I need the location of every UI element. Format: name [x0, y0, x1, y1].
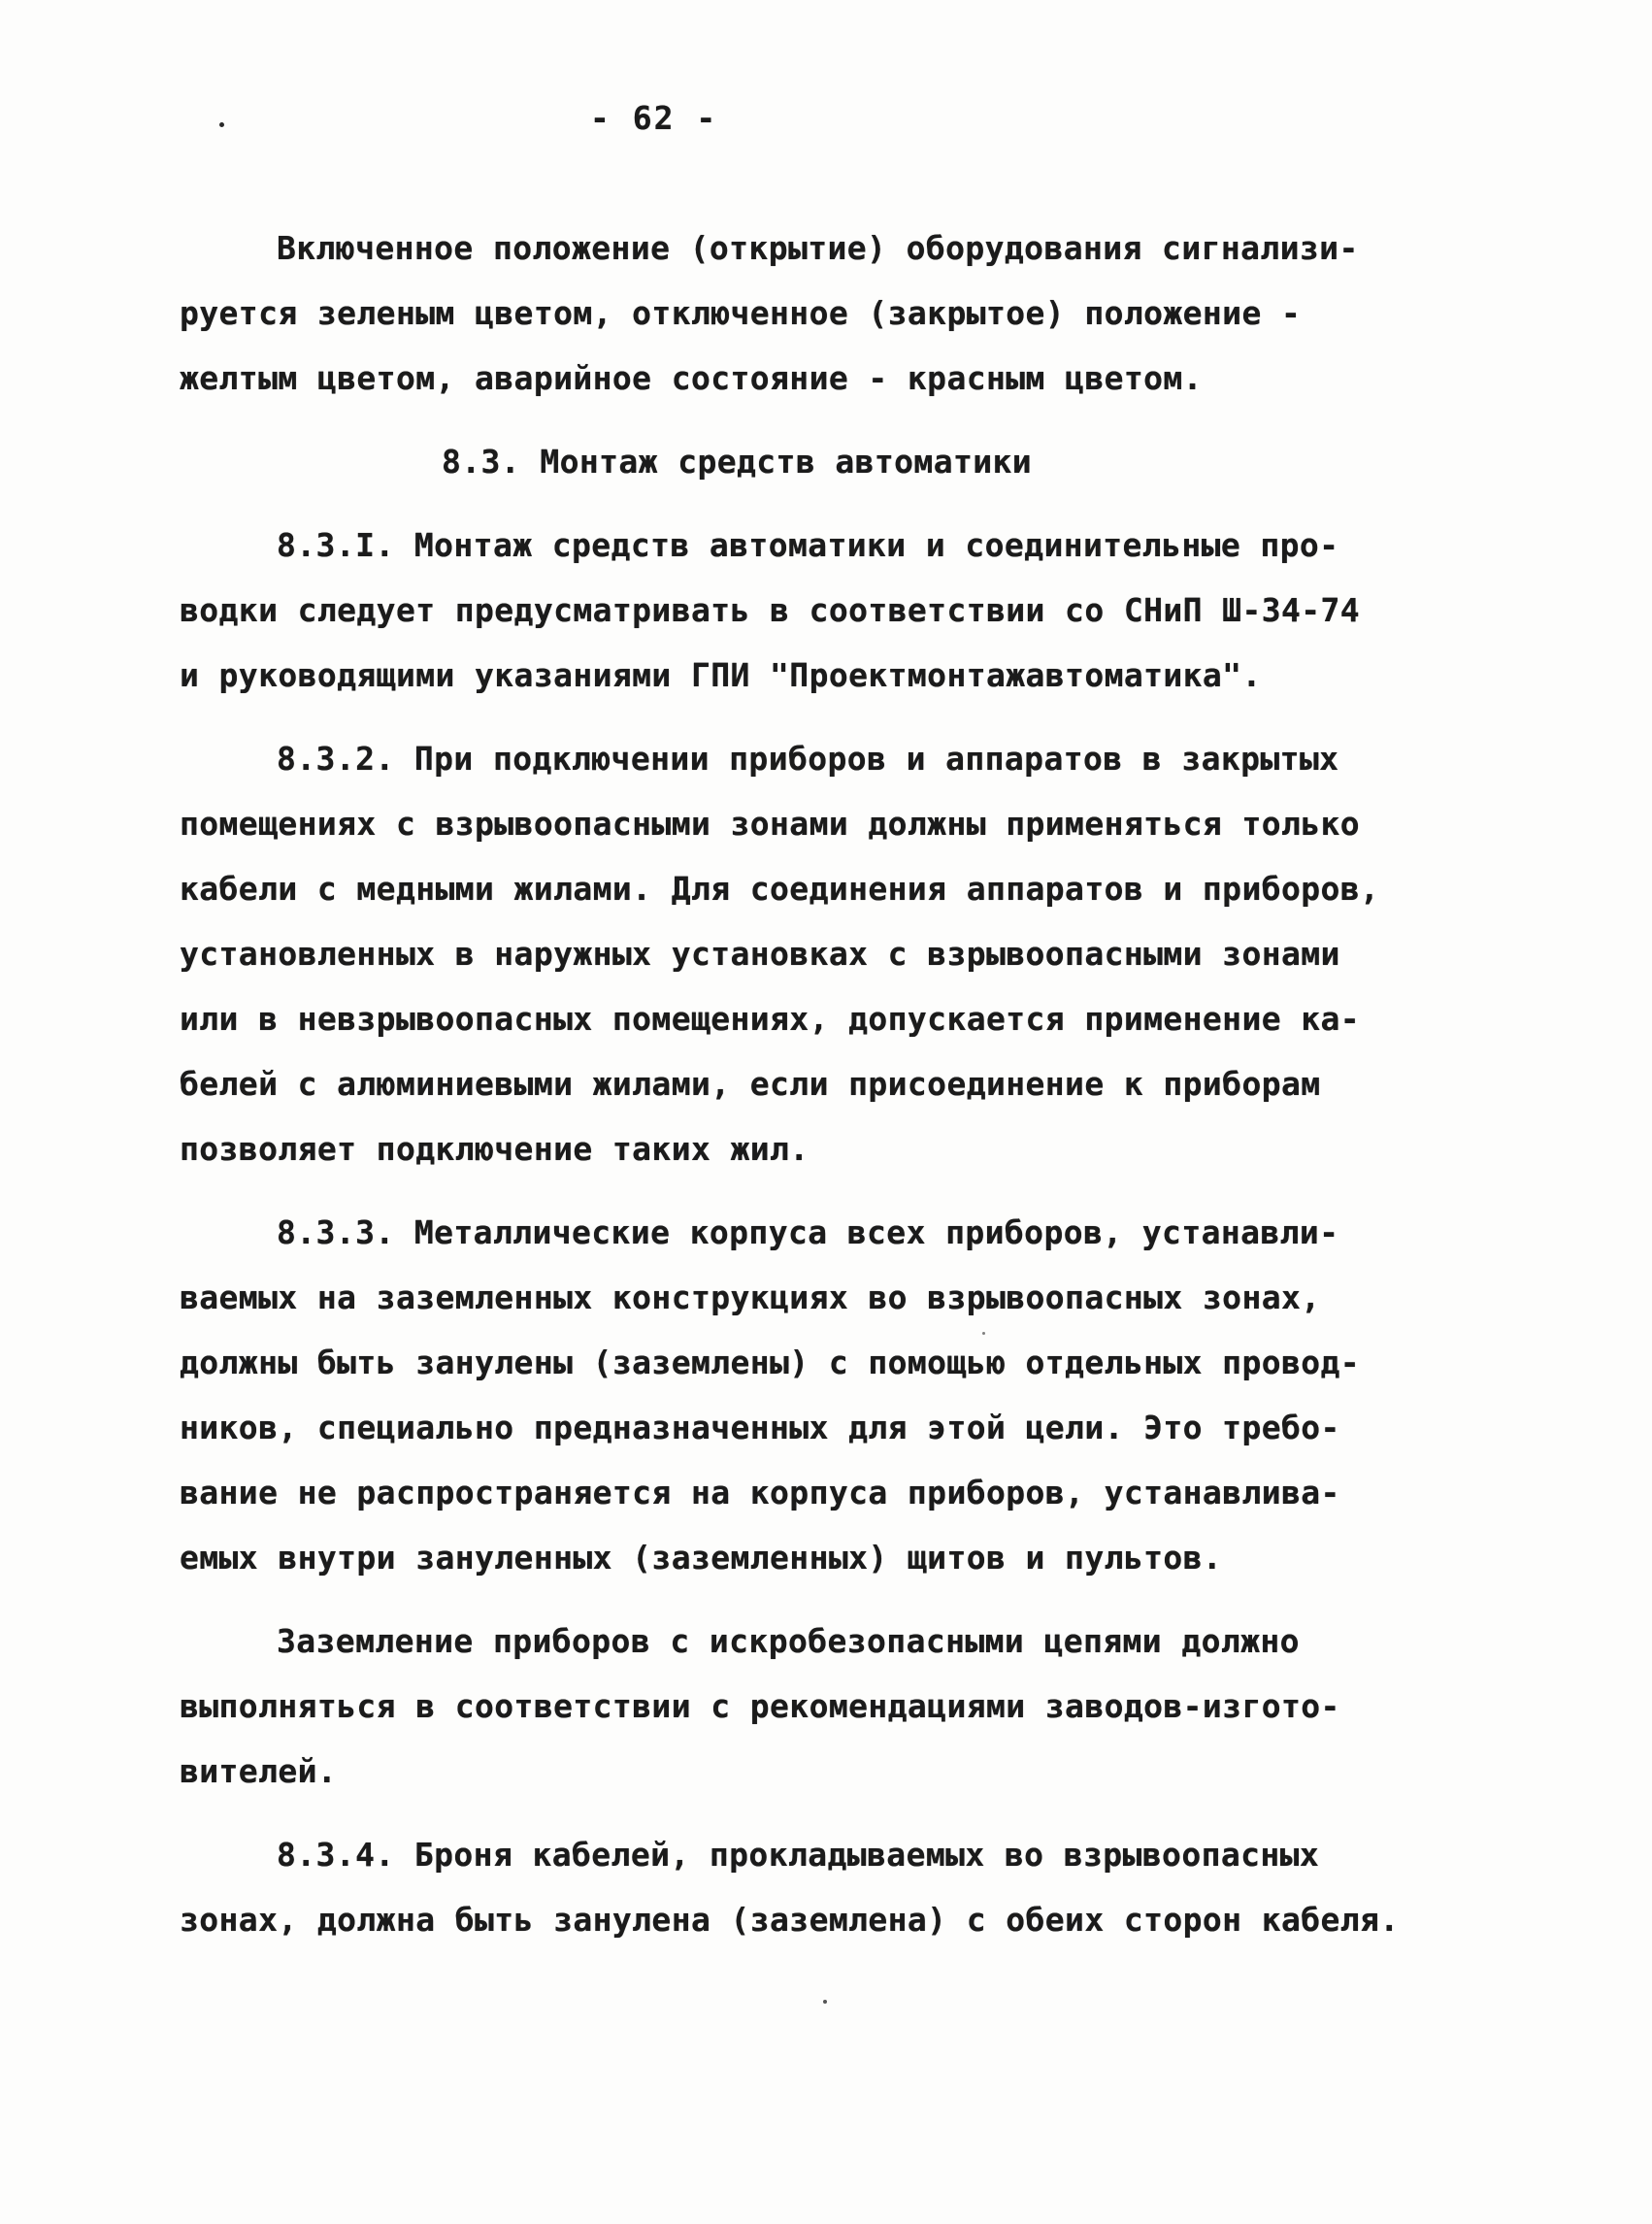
- text-line: Заземление приборов с искробезопасными ц…: [180, 1609, 1500, 1674]
- text-line: белей с алюминиевыми жилами, если присое…: [180, 1051, 1500, 1116]
- scanned-document-page: - 62 - Включенное положение (открытие) о…: [0, 0, 1652, 2224]
- text-line: 8.3.4. Броня кабелей, прокладываемых во …: [180, 1822, 1500, 1887]
- text-line: вание не распространяется на корпуса при…: [180, 1460, 1500, 1525]
- scan-speck: [982, 1332, 985, 1335]
- scan-speck: [823, 2000, 827, 2004]
- page-number: - 62 -: [590, 99, 717, 137]
- text-line: вителей.: [180, 1739, 1500, 1804]
- text-line: и руководящими указаниями ГПИ "Проектмон…: [180, 643, 1500, 708]
- text-line: должны быть занулены (заземлены) с помощ…: [180, 1330, 1500, 1395]
- text-line: помещениях с взрывоопасными зонами должн…: [180, 791, 1500, 856]
- paragraph-clause-8-3-2: 8.3.2. При подключении приборов и аппара…: [180, 726, 1500, 1181]
- text-line: водки следует предусматривать в соответс…: [180, 578, 1500, 643]
- paragraph-clause-8-3-4: 8.3.4. Броня кабелей, прокладываемых во …: [180, 1822, 1500, 1952]
- text-line: руется зеленым цветом, отключенное (закр…: [180, 281, 1500, 346]
- document-body: Включенное положение (открытие) оборудов…: [180, 216, 1500, 1971]
- text-line: 8.3.3. Металлические корпуса всех прибор…: [180, 1200, 1500, 1265]
- text-line: емых внутри зануленных (заземленных) щит…: [180, 1525, 1500, 1590]
- text-line: установленных в наружных установках с вз…: [180, 921, 1500, 986]
- text-line: выполняться в соответствии с рекомендаци…: [180, 1674, 1500, 1739]
- text-line: 8.3.I. Монтаж средств автоматики и соеди…: [180, 513, 1500, 578]
- scan-speck: [219, 122, 224, 127]
- paragraph-clause-8-3-3: 8.3.3. Металлические корпуса всех прибор…: [180, 1200, 1500, 1590]
- text-line: Включенное положение (открытие) оборудов…: [180, 216, 1500, 281]
- text-line: 8.3.2. При подключении приборов и аппара…: [180, 726, 1500, 791]
- text-line: кабели с медными жилами. Для соединения …: [180, 856, 1500, 921]
- section-heading: 8.3. Монтаж средств автоматики: [180, 429, 1500, 494]
- text-line: или в невзрывоопасных помещениях, допуск…: [180, 986, 1500, 1051]
- text-line: желтым цветом, аварийное состояние - кра…: [180, 346, 1500, 411]
- paragraph-grounding-note: Заземление приборов с искробезопасными ц…: [180, 1609, 1500, 1804]
- text-line: ваемых на заземленных конструкциях во вз…: [180, 1265, 1500, 1330]
- text-line: позволяет подключение таких жил.: [180, 1116, 1500, 1181]
- paragraph-intro-signal-colors: Включенное положение (открытие) оборудов…: [180, 216, 1500, 411]
- paragraph-clause-8-3-1: 8.3.I. Монтаж средств автоматики и соеди…: [180, 513, 1500, 708]
- text-line: ников, специально предназначенных для эт…: [180, 1395, 1500, 1460]
- text-line: зонах, должна быть занулена (заземлена) …: [180, 1887, 1500, 1952]
